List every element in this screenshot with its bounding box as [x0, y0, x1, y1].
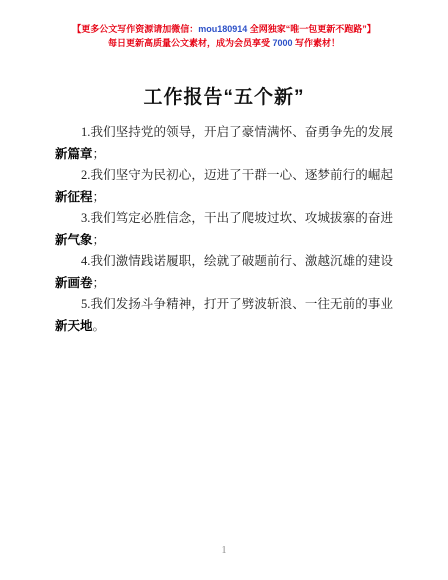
paragraph-text: 2.我们坚守为民初心，迈进了干群一心、逐梦前行的崛起	[81, 168, 393, 182]
paragraph-punctuation: ；	[93, 190, 106, 204]
paragraph-text: 3.我们笃定必胜信念，干出了爬坡过坎、攻城拔寨的奋进	[81, 211, 393, 225]
paragraph-punctuation: ；	[93, 147, 106, 161]
promo-banner-line2: 每日更新高质量公文素材，成为会员享受 7000 写作素材！	[0, 36, 448, 50]
promo-text: 每日更新高质量公文素材，成为会员享受	[108, 38, 273, 48]
document-body: 1.我们坚持党的领导，开启了豪情满怀、奋勇争先的发展新篇章； 2.我们坚守为民初…	[55, 122, 393, 337]
report-paragraph-1: 1.我们坚持党的领导，开启了豪情满怀、奋勇争先的发展新篇章；	[55, 122, 393, 165]
promo-banner: 【更多公文写作资源请加微信：mou180914 全网独家“唯一包更新不跑路”】 …	[0, 0, 448, 50]
report-paragraph-4: 4.我们激情践诺履职，绘就了破题前行、激越沉雄的建设新画卷；	[55, 251, 393, 294]
promo-text: 全网独家“唯一包更新不跑路”】	[247, 24, 376, 34]
highlight-term: 新画卷	[55, 276, 93, 290]
promo-banner-line1: 【更多公文写作资源请加微信：mou180914 全网独家“唯一包更新不跑路”】	[0, 22, 448, 36]
report-paragraph-5: 5.我们发扬斗争精神，打开了劈波斩浪、一往无前的事业新天地。	[55, 294, 393, 337]
highlight-term: 新篇章	[55, 147, 93, 161]
paragraph-text: 5.我们发扬斗争精神，打开了劈波斩浪、一往无前的事业	[81, 297, 393, 311]
paragraph-text: 1.我们坚持党的领导，开启了豪情满怀、奋勇争先的发展	[81, 125, 393, 139]
page-title: 工作报告“五个新”	[0, 82, 448, 109]
highlight-term: 新天地	[55, 319, 93, 333]
report-paragraph-3: 3.我们笃定必胜信念，干出了爬坡过坎、攻城拔寨的奋进新气象；	[55, 208, 393, 251]
highlight-term: 新征程	[55, 190, 93, 204]
page-number: 1	[0, 545, 448, 556]
promo-text: 【更多公文写作资源请加微信：	[72, 24, 198, 34]
paragraph-punctuation: ；	[93, 276, 106, 290]
wechat-id: mou180914	[198, 24, 247, 34]
promo-text: 写作素材！	[293, 38, 341, 48]
paragraph-punctuation: 。	[93, 319, 106, 333]
paragraph-text: 4.我们激情践诺履职，绘就了破题前行、激越沉雄的建设	[81, 254, 393, 268]
report-paragraph-2: 2.我们坚守为民初心，迈进了干群一心、逐梦前行的崛起新征程；	[55, 165, 393, 208]
highlight-term: 新气象	[55, 233, 93, 247]
document-page: 【更多公文写作资源请加微信：mou180914 全网独家“唯一包更新不跑路”】 …	[0, 0, 448, 580]
material-count: 7000	[272, 38, 292, 48]
paragraph-punctuation: ；	[93, 233, 106, 247]
